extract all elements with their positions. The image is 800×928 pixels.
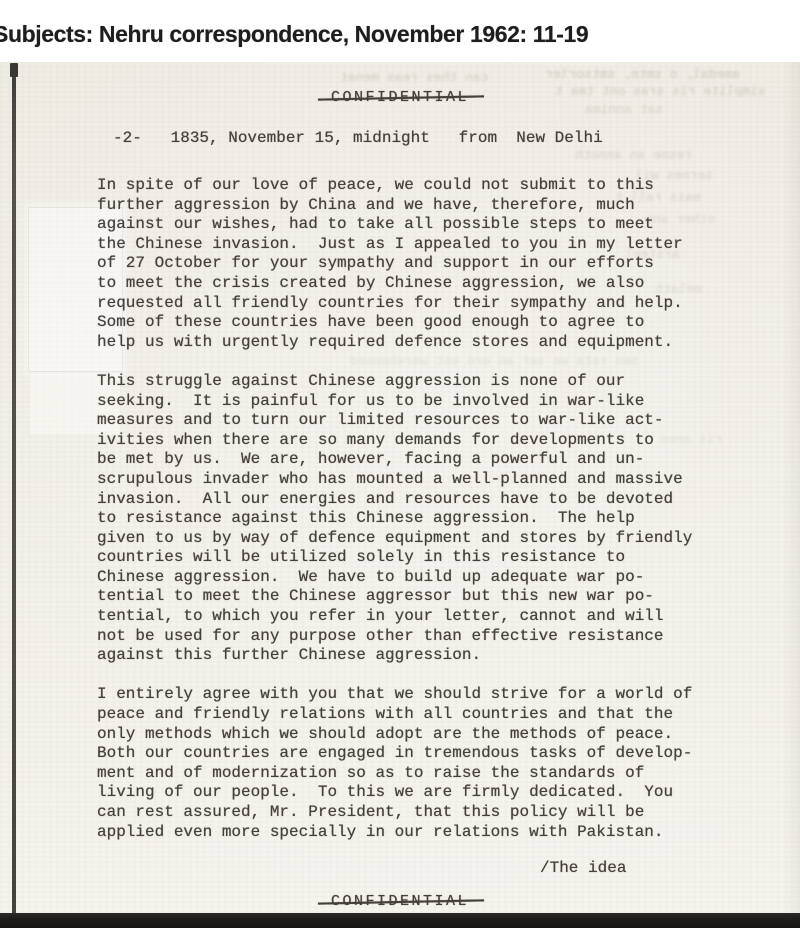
letter-line: only methods which we should adopt are t… [97,725,692,745]
letter-line: tential, to which you refer in your lett… [97,607,692,627]
letter-line: applied even more specially in our relat… [97,823,692,843]
letter-line: countries will be utilized solely in thi… [97,548,692,568]
scan-edge-shade [782,62,800,928]
letter-line: In spite of our love of peace, we could … [97,176,692,196]
bleedthrough-text: can thes reas menat [340,70,488,85]
letter-line: measures and to turn our limited resourc… [97,411,692,431]
letter-line: scrupulous invader who has mounted a wel… [97,470,692,490]
letter-line: not be used for any purpose other than e… [97,627,692,647]
letter-line: living of our people. To this we are fir… [97,783,692,803]
letter-line: requested all friendly countries for the… [97,294,692,314]
letter-line: to resistance against this Chinese aggre… [97,509,692,529]
letter-line: be met by us. We are, however, facing a … [97,450,692,470]
letter-line: ment and of modernization so as to raise… [97,764,692,784]
header-bar: Subjects: Nehru correspondence, November… [0,0,800,62]
letter-line: seeking. It is painful for us to be invo… [97,392,692,412]
letter-line: I entirely agree with you that we should… [97,685,692,705]
letter-line: ivities when there are so many demands f… [97,431,692,451]
classification-stamp-bottom: CONFIDENTIAL [0,892,800,910]
letter-paragraph: In spite of our love of peace, we could … [97,176,692,352]
letter-line: the Chinese invasion. Just as I appealed… [97,235,692,255]
bleedthrough-text: amedal, o smte, smtsorler [545,67,740,82]
page-title: Subjects: Nehru correspondence, November… [0,21,588,48]
confidential-struck-text: CONFIDENTIAL [331,89,469,106]
letter-line: help us with urgently required defence s… [97,333,692,353]
letter-line: tential to meet the Chinese aggressor bu… [97,587,692,607]
bottom-scan-bar [0,913,800,928]
bleedthrough-text: resne an annoth [575,148,692,163]
letter-line: Some of these countries have been good e… [97,313,692,333]
letter-body: In spite of our love of peace, we could … [97,176,692,842]
classification-stamp-top: CONFIDENTIAL [0,88,800,106]
letter-line: against our wishes, had to take all poss… [97,215,692,235]
binding-edge-line [12,63,16,915]
letter-line: This struggle against Chinese aggression… [97,372,692,392]
letter-line: invasion. All our energies and resources… [97,490,692,510]
letter-line: can rest assured, Mr. President, that th… [97,803,692,823]
signoff: /The idea [540,859,626,879]
letter-line: of 27 October for your sympathy and supp… [97,254,692,274]
letter-line: against this further Chinese aggression. [97,646,692,666]
letter-line: to meet the crisis created by Chinese ag… [97,274,692,294]
letter-line: given to us by way of defence equipment … [97,529,692,549]
letter-line: further aggression by China and we have,… [97,196,692,216]
letter-line: Both our countries are engaged in tremen… [97,744,692,764]
document-viewer-page: Subjects: Nehru correspondence, November… [0,0,800,928]
letter-line: Chinese aggression. We have to build up … [97,568,692,588]
letter-paragraph: I entirely agree with you that we should… [97,685,692,842]
confidential-struck-text: CONFIDENTIAL [331,893,469,910]
scanned-letter: can thes reas menatamedal, o smte, smtso… [0,62,800,928]
letter-line: peace and friendly relations with all co… [97,705,692,725]
letter-paragraph: This struggle against Chinese aggression… [97,372,692,666]
dateline: -2- 1835, November 15, midnight from New… [113,129,603,149]
